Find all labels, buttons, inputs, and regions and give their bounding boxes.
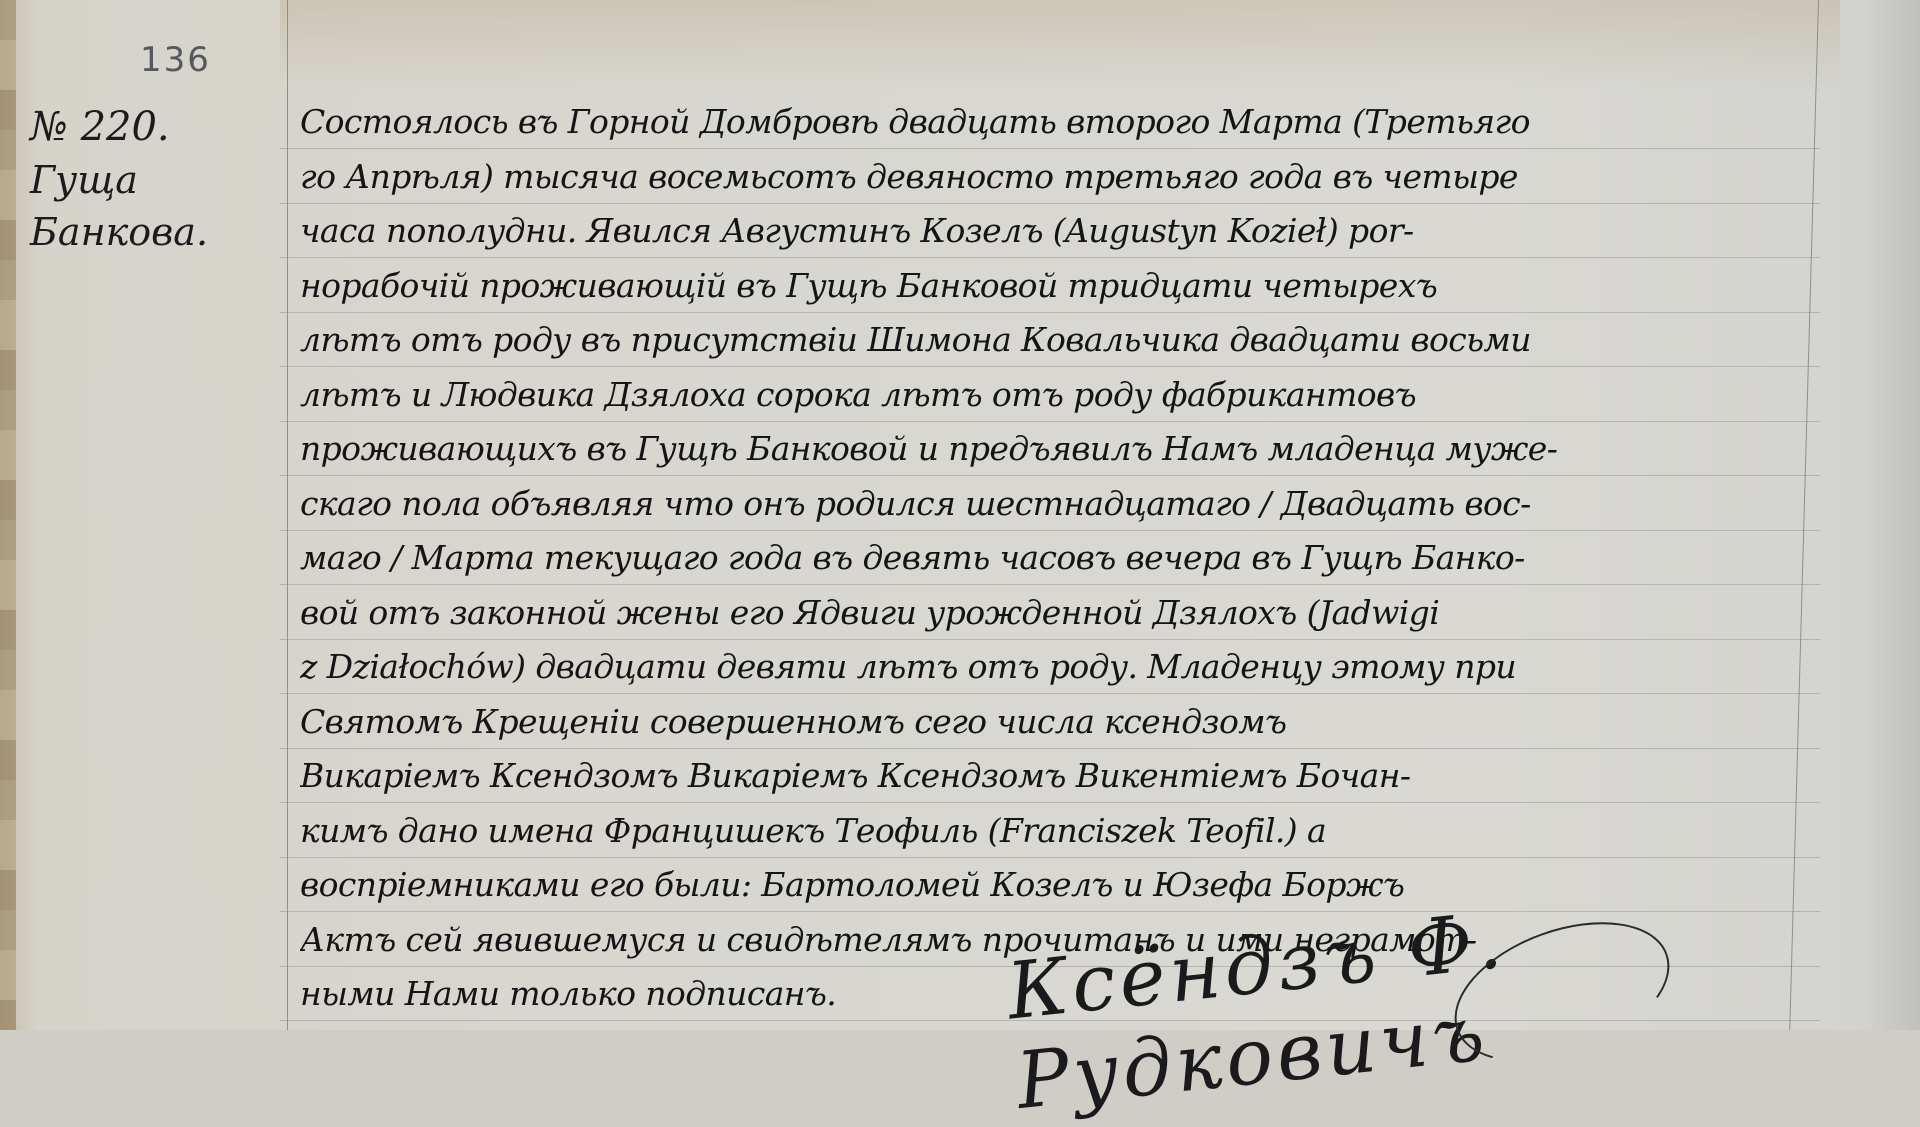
text-line: маго / Марта текущаго года въ девять час… bbox=[300, 531, 1810, 586]
register-page: 136 № 220. Гуща Банкова. Состоялось въ Г… bbox=[0, 0, 1920, 1030]
place-name-line2: Банкова. bbox=[30, 206, 270, 258]
left-column-rule bbox=[287, 0, 288, 1030]
text-line: Викаріемъ Ксендзомъ Викаріемъ Ксендзомъ … bbox=[300, 749, 1810, 804]
record-body: Состоялось въ Горной Домбровѣ двадцать в… bbox=[300, 95, 1810, 1022]
text-line: проживающихъ въ Гущѣ Банковой и предъяви… bbox=[300, 422, 1810, 477]
text-line: часа пополудни. Явился Августинъ Козелъ … bbox=[300, 204, 1810, 259]
place-name-line1: Гуща bbox=[30, 154, 270, 206]
text-line: лѣтъ и Людвика Дзялоха сорока лѣтъ отъ р… bbox=[300, 368, 1810, 423]
text-line: лѣтъ отъ роду въ присутствіи Шимона Кова… bbox=[300, 313, 1810, 368]
text-line: z Działochów) двадцати девяти лѣтъ отъ р… bbox=[300, 640, 1810, 695]
text-line: Святомъ Крещеніи совершенномъ сего числа… bbox=[300, 695, 1810, 750]
margin-entry: № 220. Гуща Банкова. bbox=[30, 100, 270, 258]
text-line: норабочій проживающій въ Гущѣ Банковой т… bbox=[300, 259, 1810, 314]
text-line: скаго пола объявляя что онъ родился шест… bbox=[300, 477, 1810, 532]
text-line: го Апрѣля) тысяча восемьсотъ девяносто т… bbox=[300, 150, 1810, 205]
page-number: 136 bbox=[140, 40, 211, 80]
entry-number: № 220. bbox=[30, 100, 270, 154]
text-line: Состоялось въ Горной Домбровѣ двадцать в… bbox=[300, 95, 1810, 150]
text-line: вой отъ законной жены его Ядвиги урожден… bbox=[300, 586, 1810, 641]
paper-stain bbox=[280, 0, 1840, 90]
book-binding-edge bbox=[0, 0, 16, 1030]
text-line: кимъ дано имена Францишекъ Теофиль (Fran… bbox=[300, 804, 1810, 859]
